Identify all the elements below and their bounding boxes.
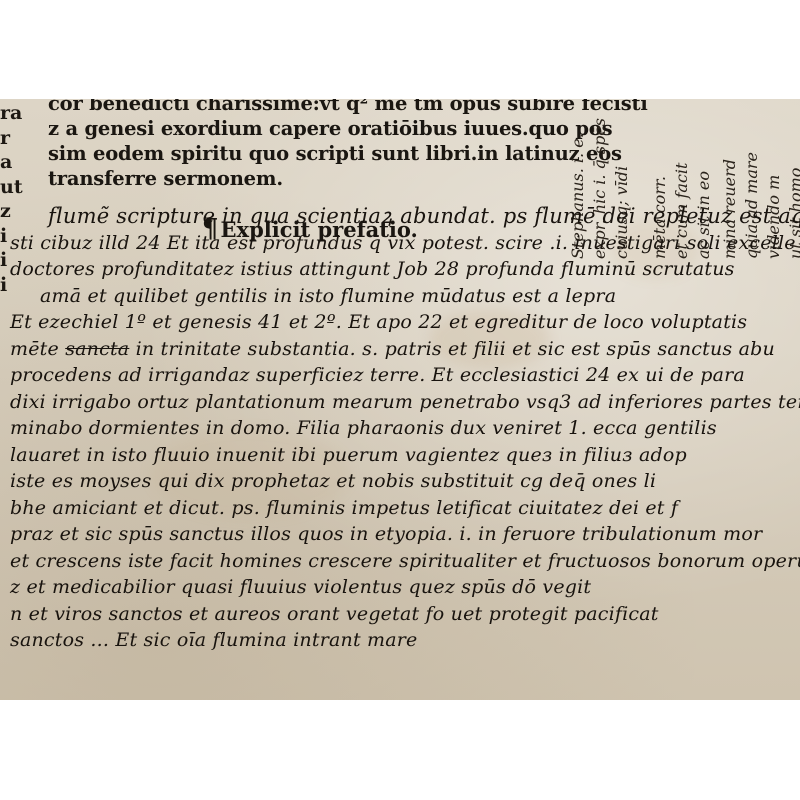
fragment: a [0,150,28,175]
manuscript-line: flumẽ scripture in qua scientiaꝝ abundat… [0,203,800,230]
manuscript-line: sanctos ... Et sic oīa flumina intrant m… [0,627,800,654]
manuscript-word: in trinitate substantia. s. patris et fi… [136,338,775,360]
manuscript-line: amā et quilibet gentilis in isto flumine… [0,283,800,310]
manuscript-line: minabo dormientes in domo. Filia pharaon… [0,415,800,442]
manuscript-line: et crescens iste facit homines crescere … [0,548,800,575]
fragment: r [0,126,28,151]
manuscript-line: n et viros sanctos et aureos orant veget… [0,601,800,628]
manuscript-line: procedens ad irrigandaz superficiez terr… [0,362,800,389]
printed-text-block: cor benedicti charissime:vt q² me tm̃ op… [48,99,568,191]
manuscript-line: iste es moyses qui dix prophetaz et nobi… [0,468,800,495]
struck-word: sancta [65,338,129,360]
manuscript-line: praz et sic spūs sanctus illos quos in e… [0,521,800,548]
printed-line: transferre sermonem. [48,166,568,191]
manuscript-line: z et medicabilior quasi fluuius violentu… [0,574,800,601]
fragment: ra [0,101,28,126]
manuscript-line: lauaret in isto fluuio inuenit ibi pueru… [0,442,800,469]
printed-line: cor benedicti charissime:vt q² me tm̃ op… [48,99,568,116]
fragment: ut [0,175,28,200]
manuscript-line: sti cibuz illd 24 Et ita est profundus q… [0,230,800,257]
printed-line: sim eodem spiritu quo scripti sunt libri… [48,141,568,166]
manuscript-line: bhe amiciant et dicut. ps. fluminis impe… [0,495,800,522]
manuscript-photo: ra r a ut z i i i cor benedicti charissi… [0,99,800,700]
printed-line: z a genesi exordium capere oratiōibus iu… [48,116,568,141]
manuscript-line: Et ezechiel 1º et genesis 41 et 2º. Et a… [0,309,800,336]
manuscript-line: dixi irrigabo ortuz plantationum mearum … [0,389,800,416]
manuscript-text-block: flumẽ scripture in qua scientiaꝝ abundat… [0,203,800,654]
manuscript-word: mēte [10,338,59,360]
manuscript-line: doctores profunditatez istius attingunt … [0,256,800,283]
